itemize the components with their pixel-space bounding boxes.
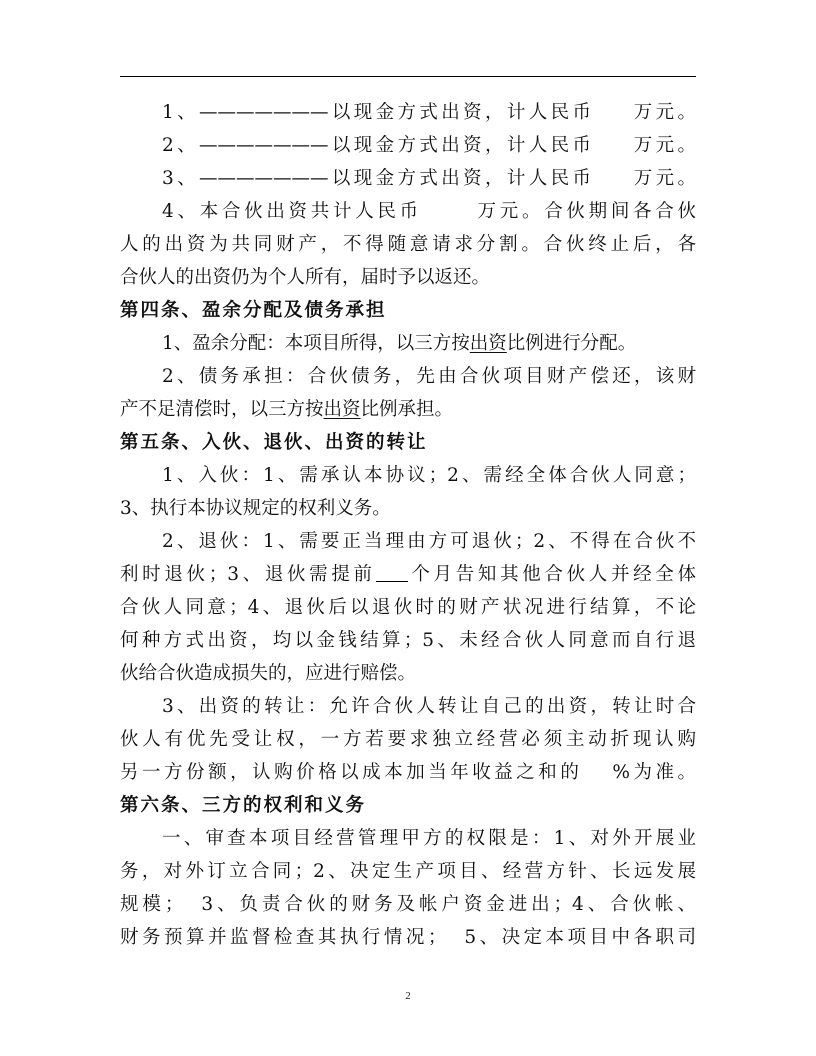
name-placeholder: ——————— <box>199 168 329 189</box>
paragraph-text: 万元。合伙期间各合伙 <box>474 201 696 222</box>
item-number: 2、 <box>162 135 199 156</box>
joining-line-2: 3、执行本协议规定的权利义务。 <box>120 492 696 525</box>
paragraph-text: 比例承担。 <box>361 399 454 420</box>
paragraph-text: 4、本合伙出资共计人民币 <box>162 201 422 222</box>
paragraph-text: 3、负责合伙的财务及帐户资金进出；4、合伙帐、 <box>201 894 696 915</box>
transfer-line-3: 另一方份额，认购价格以成本加当年收益之和的%为准。 <box>120 756 696 789</box>
article-6-heading: 第六条、三方的权利和义务 <box>120 789 696 822</box>
paragraph-text: 利时退伙；3、退伙需提前 <box>120 564 376 585</box>
contribution-item-2: 2、———————以现金方式出资，计人民币万元。 <box>120 129 696 162</box>
paragraph-text: 规模； <box>120 894 183 915</box>
paragraph-text: 个月告知其他合伙人并经全体 <box>408 564 696 585</box>
underlined-term: 出资 <box>470 333 507 354</box>
article-5-heading: 第五条、入伙、退伙、出资的转让 <box>120 426 696 459</box>
withdrawal-line-5: 伙给合伙造成损失的，应进行赔偿。 <box>120 657 696 690</box>
item-number: 1、 <box>162 102 199 123</box>
paragraph-text: 1、盈余分配：本项目所得，以三方按 <box>162 333 470 354</box>
item-text: 以现金方式出资，计人民币 <box>329 135 595 156</box>
paragraph-text: 5、决定本项目中各职司 <box>464 927 696 948</box>
name-placeholder: ——————— <box>199 135 329 156</box>
withdrawal-line-2: 利时退伙；3、退伙需提前个月告知其他合伙人并经全体 <box>120 558 696 591</box>
item-number: 3、 <box>162 168 199 189</box>
item-text: 以现金方式出资，计人民币 <box>329 168 595 189</box>
paragraph-text: %为准。 <box>612 762 696 783</box>
document-body: 1、———————以现金方式出资，计人民币万元。 2、———————以现金方式出… <box>120 96 696 954</box>
item-unit: 万元。 <box>630 102 696 123</box>
contribution-item-1: 1、———————以现金方式出资，计人民币万元。 <box>120 96 696 129</box>
page-number: 2 <box>0 990 816 1002</box>
profit-distribution: 1、盈余分配：本项目所得，以三方按出资比例进行分配。 <box>120 327 696 360</box>
withdrawal-line-1: 2、退伙：1、需要正当理由方可退伙；2、不得在合伙不 <box>120 525 696 558</box>
contribution-total-line-2: 人的出资为共同财产，不得随意请求分割。合伙终止后，各 <box>120 228 696 261</box>
paragraph-text: 产不足清偿时，以三方按 <box>120 399 324 420</box>
rights-line-1: 一、审查本项目经营管理甲方的权限是：1、对外开展业 <box>120 822 696 855</box>
withdrawal-line-3: 合伙人同意；4、退伙后以退伙时的财产状况进行结算，不论 <box>120 591 696 624</box>
months-blank <box>376 563 408 582</box>
paragraph-text: 另一方份额，认购价格以成本加当年收益之和的 <box>120 762 582 783</box>
rights-line-2: 务，对外订立合同；2、决定生产项目、经营方针、长远发展 <box>120 855 696 888</box>
header-rule <box>120 76 696 77</box>
item-unit: 万元。 <box>630 168 696 189</box>
contribution-total-line-3: 合伙人的出资仍为个人所有，届时予以返还。 <box>120 261 696 294</box>
transfer-line-2: 伙人有优先受让权，一方若要求独立经营必须主动折现认购 <box>120 723 696 756</box>
item-text: 以现金方式出资，计人民币 <box>329 102 595 123</box>
withdrawal-line-4: 何种方式出资，均以金钱结算；5、未经合伙人同意而自行退 <box>120 624 696 657</box>
paragraph-text: 比例进行分配。 <box>507 333 637 354</box>
paragraph-text: 财务预算并监督检查其执行情况； <box>120 927 446 948</box>
rights-line-3: 规模；3、负责合伙的财务及帐户资金进出；4、合伙帐、 <box>120 888 696 921</box>
underlined-term: 出资 <box>324 399 361 420</box>
debt-bearing-line-2: 产不足清偿时，以三方按出资比例承担。 <box>120 393 696 426</box>
name-placeholder: ——————— <box>199 102 329 123</box>
item-unit: 万元。 <box>630 135 696 156</box>
joining-line-1: 1、入伙：1、需承认本协议；2、需经全体合伙人同意； <box>120 459 696 492</box>
debt-bearing-line-1: 2、债务承担：合伙债务，先由合伙项目财产偿还，该财 <box>120 360 696 393</box>
article-4-heading: 第四条、盈余分配及债务承担 <box>120 294 696 327</box>
transfer-line-1: 3、出资的转让：允许合伙人转让自己的出资，转让时合 <box>120 690 696 723</box>
contribution-total-line-1: 4、本合伙出资共计人民币万元。合伙期间各合伙 <box>120 195 696 228</box>
contribution-item-3: 3、———————以现金方式出资，计人民币万元。 <box>120 162 696 195</box>
rights-line-4: 财务预算并监督检查其执行情况；5、决定本项目中各职司 <box>120 921 696 954</box>
